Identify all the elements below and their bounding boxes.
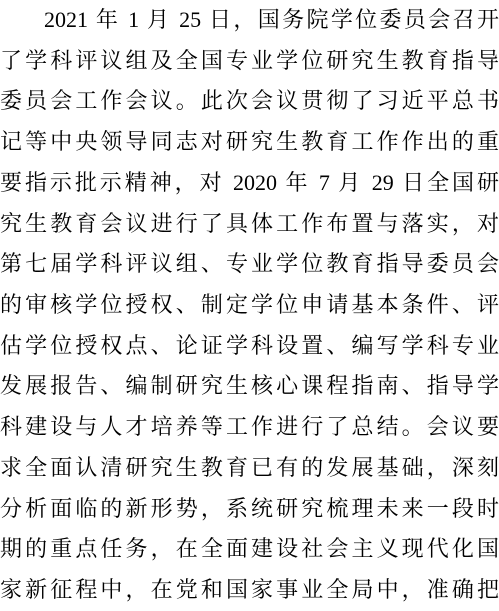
text-line: 科建设与人才培养等工作进行了总结。会议要: [0, 407, 499, 448]
text-line: 的审核学位授权、制定学位申请基本条件、评: [0, 285, 499, 326]
text-line: 期的重点任务，在全面建设社会主义现代化国: [0, 529, 499, 570]
text-line: 第七届学科评议组、专业学位教育指导委员会: [0, 244, 499, 285]
text-line: 估学位授权点、论证学科设置、编写学科专业: [0, 326, 499, 367]
text-line: 记等中央领导同志对研究生教育工作作出的重: [0, 122, 499, 163]
text-line: 发展报告、编制研究生核心课程指南、指导学: [0, 366, 499, 407]
text-line: 究生教育会议进行了具体工作布置与落实，对: [0, 204, 499, 245]
text-line: 要指示批示精神，对 2020 年 7 月 29 日全国研: [0, 163, 499, 204]
text-line: 家新征程中，在党和国家事业全局中，准确把: [0, 570, 499, 611]
document-page: 2021 年 1 月 25 日，国务院学位委员会召开了学科评议组及全国专业学位研…: [0, 0, 499, 611]
text-line: 了学科评议组及全国专业学位研究生教育指导: [0, 41, 499, 82]
text-line: 委员会工作会议。此次会议贯彻了习近平总书: [0, 81, 499, 122]
paragraph: 2021 年 1 月 25 日，国务院学位委员会召开了学科评议组及全国专业学位研…: [0, 0, 499, 611]
text-line: 分析面临的新形势，系统研究梳理未来一段时: [0, 489, 499, 530]
text-line: 2021 年 1 月 25 日，国务院学位委员会召开: [0, 0, 499, 41]
text-line: 求全面认清研究生教育已有的发展基础，深刻: [0, 448, 499, 489]
